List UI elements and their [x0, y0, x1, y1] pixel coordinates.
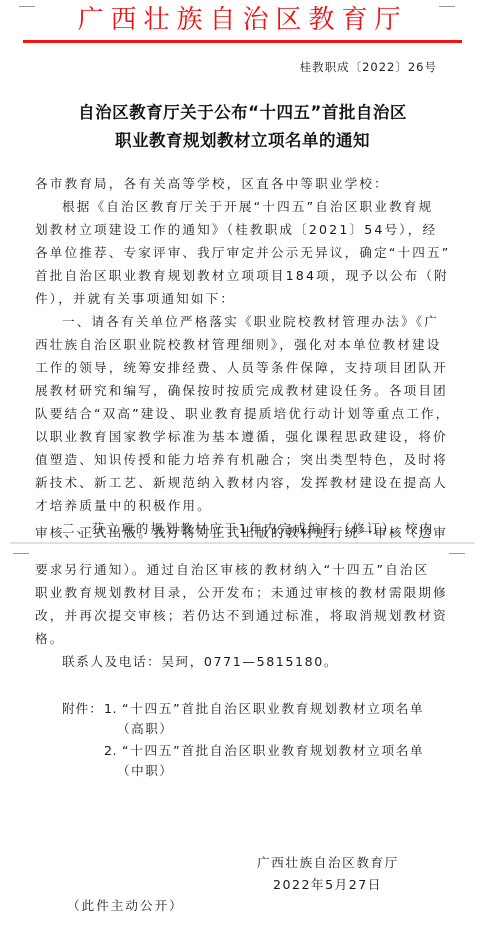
body-line: 西壮族自治区职业院校教材管理细则》，强化对本单位教材建设	[35, 335, 442, 355]
body-line: 才培养质量中的积极作用。	[35, 496, 212, 516]
body-line: 改，并再次提交审核；若仍达不到通过标准，将取消规划教材资	[35, 606, 448, 626]
document-number: 桂教职成〔2022〕26号	[300, 59, 437, 75]
attachment-1-title: “十四五”首批自治区职业教育规划教材立项名单	[122, 699, 424, 719]
body-line: 值塑造、知识传授和能力培养有机融合；突出类型特色，及时将	[35, 450, 448, 470]
document-page-1: 广西壮族自治区教育厅 桂教职成〔2022〕26号 自治区教育厅关于公布“十四五”…	[0, 0, 485, 541]
contact-line: 联系人及电话：吴珂，0771—5815180。	[62, 652, 338, 672]
attachments-label: 附件：	[62, 699, 103, 719]
page-break-divider	[10, 542, 475, 544]
body-line: 件），并就有关事项通知如下：	[35, 289, 235, 309]
body-line: 要求另行通知）。通过自治区审核的教材纳入“十四五”自治区	[35, 560, 429, 580]
body-line: 一、请各有关单位严格落实《职业院校教材管理办法》《广	[62, 312, 439, 332]
body-line: 审核、正式出版。我厅将对正式出版的教材进行统一审核（送审	[35, 523, 448, 543]
salutation: 各市教育局，各有关高等学校，区直各中等职业学校：	[35, 174, 389, 194]
attachment-1-subtitle: （高职）	[117, 719, 173, 739]
corner-mark-page2-left	[13, 553, 29, 554]
body-line: 以职业教育国家教学标准为基本遵循，强化课程思政建设，将价	[35, 427, 448, 447]
body-line: 工作的领导，统筹安排经费、人员等条件保障，支持项目团队开	[35, 358, 448, 378]
document-title-line-1: 自治区教育厅关于公布“十四五”首批自治区	[0, 100, 485, 126]
body-line: 格。	[35, 629, 65, 649]
corner-mark-page2-right	[449, 553, 465, 554]
issuer-red-header: 广西壮族自治区教育厅	[0, 4, 485, 36]
attachment-2-title: “十四五”首批自治区职业教育规划教材立项名单	[122, 741, 424, 761]
red-divider-rule	[23, 40, 462, 43]
body-line: 队要结合“双高”建设、职业教育提质培优行动计划等重点工作，	[35, 404, 450, 424]
body-line: 新技术、新工艺、新规范纳入教材内容，发挥教材建设在提高人	[35, 473, 448, 493]
body-line: 首批自治区职业教育规划教材立项项目184项，现予以公布（附	[35, 266, 449, 286]
attachment-1-number: 1.	[104, 699, 117, 719]
document-title-line-2: 职业教育规划教材立项名单的通知	[0, 128, 485, 154]
body-line: 各单位推荐、专家评审、我厅审定并公示无异议，确定“十四五”	[35, 243, 450, 263]
body-line: 职业教育规划教材目录，公开发布；未通过审核的教材需限期修	[35, 583, 448, 603]
disclosure-note: （此件主动公开）	[67, 895, 184, 914]
signature-organization: 广西壮族自治区教育厅	[257, 852, 399, 871]
attachment-2-number: 2.	[104, 741, 117, 761]
attachment-2-subtitle: （中职）	[117, 761, 173, 781]
body-line: 划教材立项建设工作的通知》（桂教职成〔2021〕54号），经	[35, 220, 437, 240]
body-line: 展教材研究和编写，确保按时按质完成教材建设任务。各项目团	[35, 381, 448, 401]
signature-date: 2022年5月27日	[273, 874, 382, 893]
body-line: 根据《自治区教育厅关于开展“十四五”自治区职业教育规	[62, 197, 433, 217]
